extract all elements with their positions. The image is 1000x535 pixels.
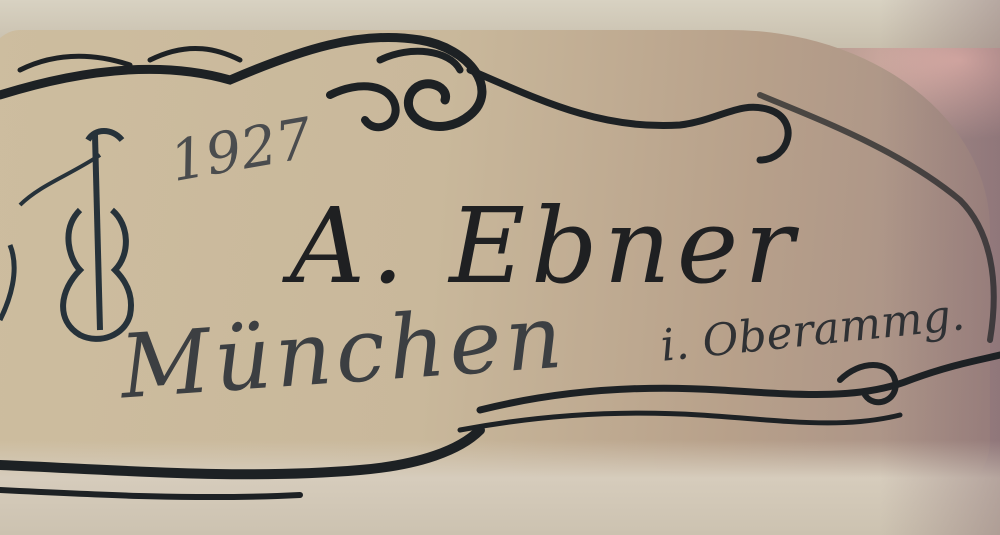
violin-icon (0, 131, 131, 339)
violin-label-photo: 1927 A. Ebner München i. Oberammg. (0, 0, 1000, 535)
